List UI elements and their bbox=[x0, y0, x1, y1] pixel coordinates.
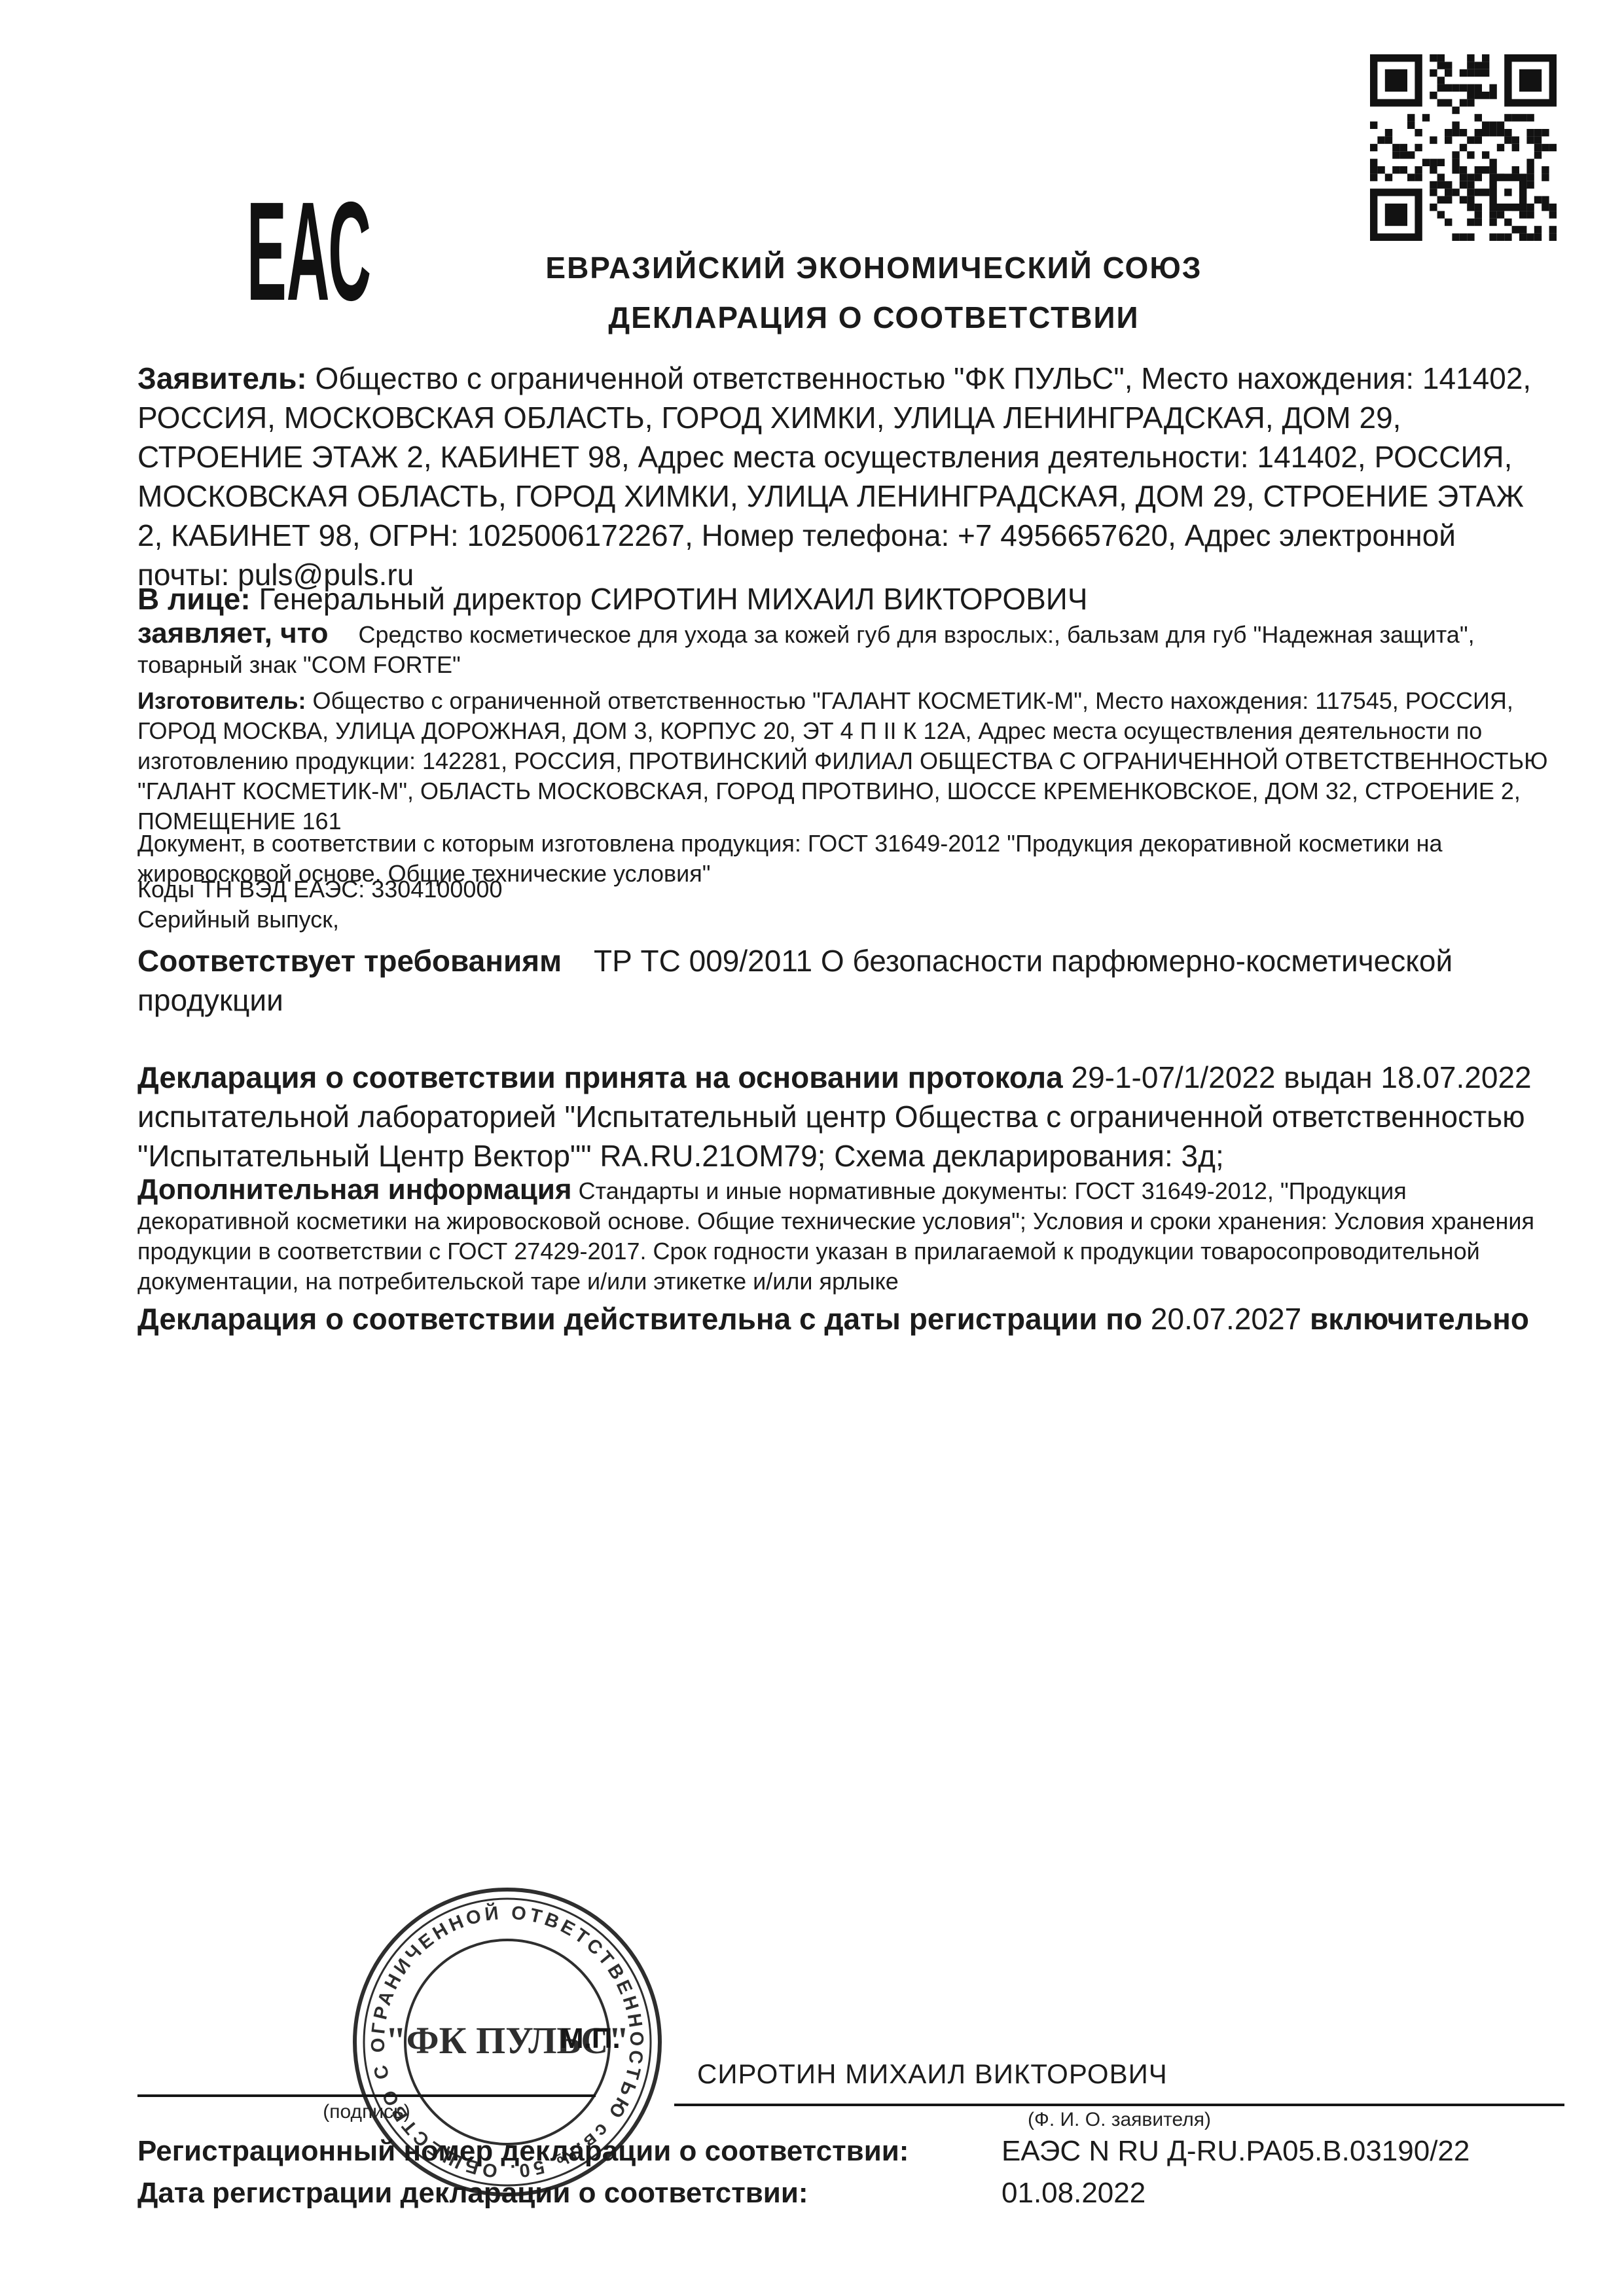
declaration-document: ЕАС ЕВРАЗИЙСКИЙ ЭКОНОМИЧЕСКИЙ СОЮЗ ДЕКЛА… bbox=[0, 0, 1624, 2296]
reg-date-label: Дата регистрации декларации о соответств… bbox=[137, 2177, 808, 2210]
place-of-seal-mark: М.П. bbox=[560, 2022, 621, 2055]
document-title: ДЕКЛАРАЦИЯ О СООТВЕТСТВИИ bbox=[151, 300, 1597, 335]
adopted-label: Декларация о соответствии принята на осн… bbox=[137, 1060, 1063, 1094]
declares-label: заявляет, что bbox=[137, 617, 329, 649]
reg-number-value: ЕАЭС N RU Д-RU.РА05.В.03190/22 bbox=[1001, 2135, 1470, 2168]
signature-caption: (подпись) bbox=[137, 2101, 596, 2123]
fio-caption: (Ф. И. О. заявителя) bbox=[674, 2109, 1564, 2131]
additional-info-paragraph: Дополнительная информация Стандарты и ин… bbox=[137, 1175, 1551, 1297]
reg-number-label: Регистрационный номер декларации о соотв… bbox=[137, 2135, 909, 2168]
qr-code-icon bbox=[1370, 54, 1557, 241]
manufacturer-label: Изготовитель: bbox=[137, 687, 306, 714]
in-person-text: Генеральный директор СИРОТИН МИХАИЛ ВИКТ… bbox=[259, 582, 1087, 616]
applicant-text: Общество с ограниченной ответственностью… bbox=[137, 361, 1531, 592]
tnved-codes-line: Коды ТН ВЭД ЕАЭС: 3304100000 bbox=[137, 874, 1551, 905]
declares-text: Средство косметическое для ухода за коже… bbox=[137, 621, 1475, 678]
complies-paragraph: Соответствует требованиям ТР ТС 009/2011… bbox=[137, 941, 1551, 1020]
adopted-paragraph: Декларация о соответствии принята на осн… bbox=[137, 1058, 1551, 1175]
manufacturer-text: Общество с ограниченной ответственностью… bbox=[137, 687, 1548, 834]
additional-info-label: Дополнительная информация bbox=[137, 1174, 572, 1206]
validity-label-end: включительно bbox=[1310, 1302, 1529, 1336]
union-title: ЕВРАЗИЙСКИЙ ЭКОНОМИЧЕСКИЙ СОЮЗ bbox=[151, 250, 1597, 285]
validity-date: 20.07.2027 bbox=[1151, 1302, 1301, 1336]
complies-label: Соответствует требованиям bbox=[137, 944, 562, 978]
declares-paragraph: заявляет, что Средство косметическое для… bbox=[137, 619, 1551, 680]
serial-line: Серийный выпуск, bbox=[137, 905, 1551, 935]
applicant-label: Заявитель: bbox=[137, 361, 307, 395]
applicant-fio: СИРОТИН МИХАИЛ ВИКТОРОВИЧ bbox=[697, 2058, 1168, 2090]
applicant-paragraph: Заявитель: Общество с ограниченной ответ… bbox=[137, 359, 1551, 594]
fio-line bbox=[674, 2104, 1564, 2106]
validity-paragraph: Декларация о соответствии действительна … bbox=[137, 1299, 1551, 1338]
validity-label-start: Декларация о соответствии действительна … bbox=[137, 1302, 1142, 1336]
in-person-label: В лице: bbox=[137, 582, 251, 616]
in-person-paragraph: В лице: Генеральный директор СИРОТИН МИХ… bbox=[137, 579, 1551, 619]
signature-line bbox=[137, 2094, 596, 2097]
reg-date-value: 01.08.2022 bbox=[1001, 2177, 1146, 2210]
manufacturer-paragraph: Изготовитель: Общество с ограниченной от… bbox=[137, 686, 1551, 836]
svg-text:ЕАС: ЕАС bbox=[247, 190, 371, 308]
eac-logo: ЕАС bbox=[245, 190, 373, 308]
